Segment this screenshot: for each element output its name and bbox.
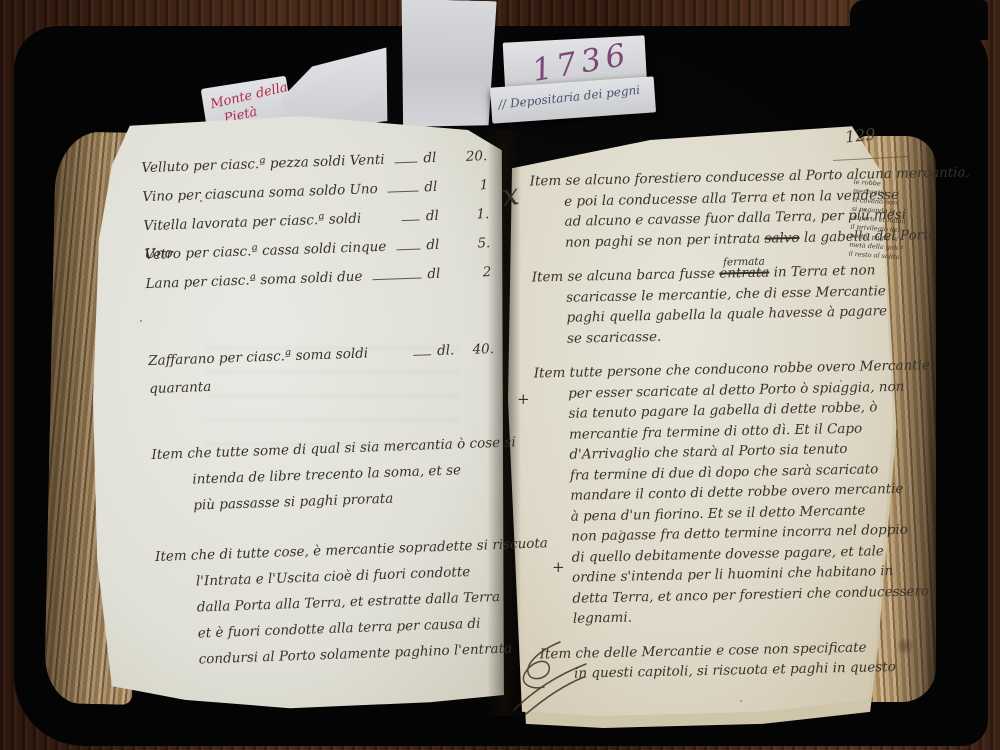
tariff-value: 1. <box>451 200 490 229</box>
ink-stain <box>896 638 914 654</box>
tariff-unit: dl <box>425 201 452 230</box>
struck-word: salvo <box>764 229 799 246</box>
paper-specks <box>200 200 202 202</box>
manuscript-photo: Monte dellaPietà 1736 // Depositaria dei… <box>0 0 1000 750</box>
tariff-unit: dl <box>423 143 450 172</box>
margin-mark-plus: + <box>552 558 565 576</box>
tariff-unit: dl. <box>437 336 461 365</box>
interlinear-insertion: fermata <box>723 252 765 273</box>
tariff-dash-line <box>413 354 431 356</box>
tariff-item: Zaffarano per ciasc.ª soma soldi quarant… <box>148 338 405 403</box>
right-paragraph-1: Item se alcuno forestiero conducesse al … <box>530 165 864 254</box>
tariff-value: 40. <box>460 335 495 364</box>
left-paragraph-1: Item che tutte some di qual si sia merca… <box>151 430 500 520</box>
correction-site: entratafermata <box>719 265 769 282</box>
tariff-unit: dl <box>427 259 454 288</box>
right-paragraph-3: Item tutte persone che conducono robbe o… <box>534 357 872 630</box>
marginal-note: le robbe mercantie si cavano non si paga… <box>848 178 921 264</box>
tariff-unit: dl <box>426 230 453 259</box>
scribe-flourish <box>496 636 611 720</box>
right-page-text: Item se alcuno forestiero conducesse al … <box>530 165 873 699</box>
tariff-dash-line <box>396 249 420 251</box>
black-cloth-fold <box>850 0 988 40</box>
left-paragraph-2: Item che di tutte cose, è mercantie sopr… <box>155 532 505 674</box>
left-page-text: Velluto per ciasc.ª pezza soldi Venti dl… <box>141 142 505 674</box>
tariff-dash-line <box>388 191 419 193</box>
tariff-row-saffron: Zaffarano per ciasc.ª soma soldi quarant… <box>148 335 495 376</box>
right-paragraph-2: Item se alcuna barca fusse entratafermat… <box>532 261 866 350</box>
tariff-value: 5. <box>452 229 491 258</box>
folio-number: 129 <box>844 124 876 146</box>
tariff-value: 20. <box>449 142 488 171</box>
tariff-value: 2 <box>453 258 492 287</box>
bookmark-depositaria-label: // Depositaria dei pegni <box>497 83 640 112</box>
margin-mark-plus: + <box>517 390 530 408</box>
tariff-dash-line <box>402 220 420 222</box>
tariff-dash-line <box>373 277 422 280</box>
tariff-unit: dl <box>424 172 451 201</box>
bookmark-tab-blank-tall <box>396 0 496 129</box>
tariff-value: 1 <box>450 171 489 200</box>
tariff-dash-line <box>395 162 418 164</box>
